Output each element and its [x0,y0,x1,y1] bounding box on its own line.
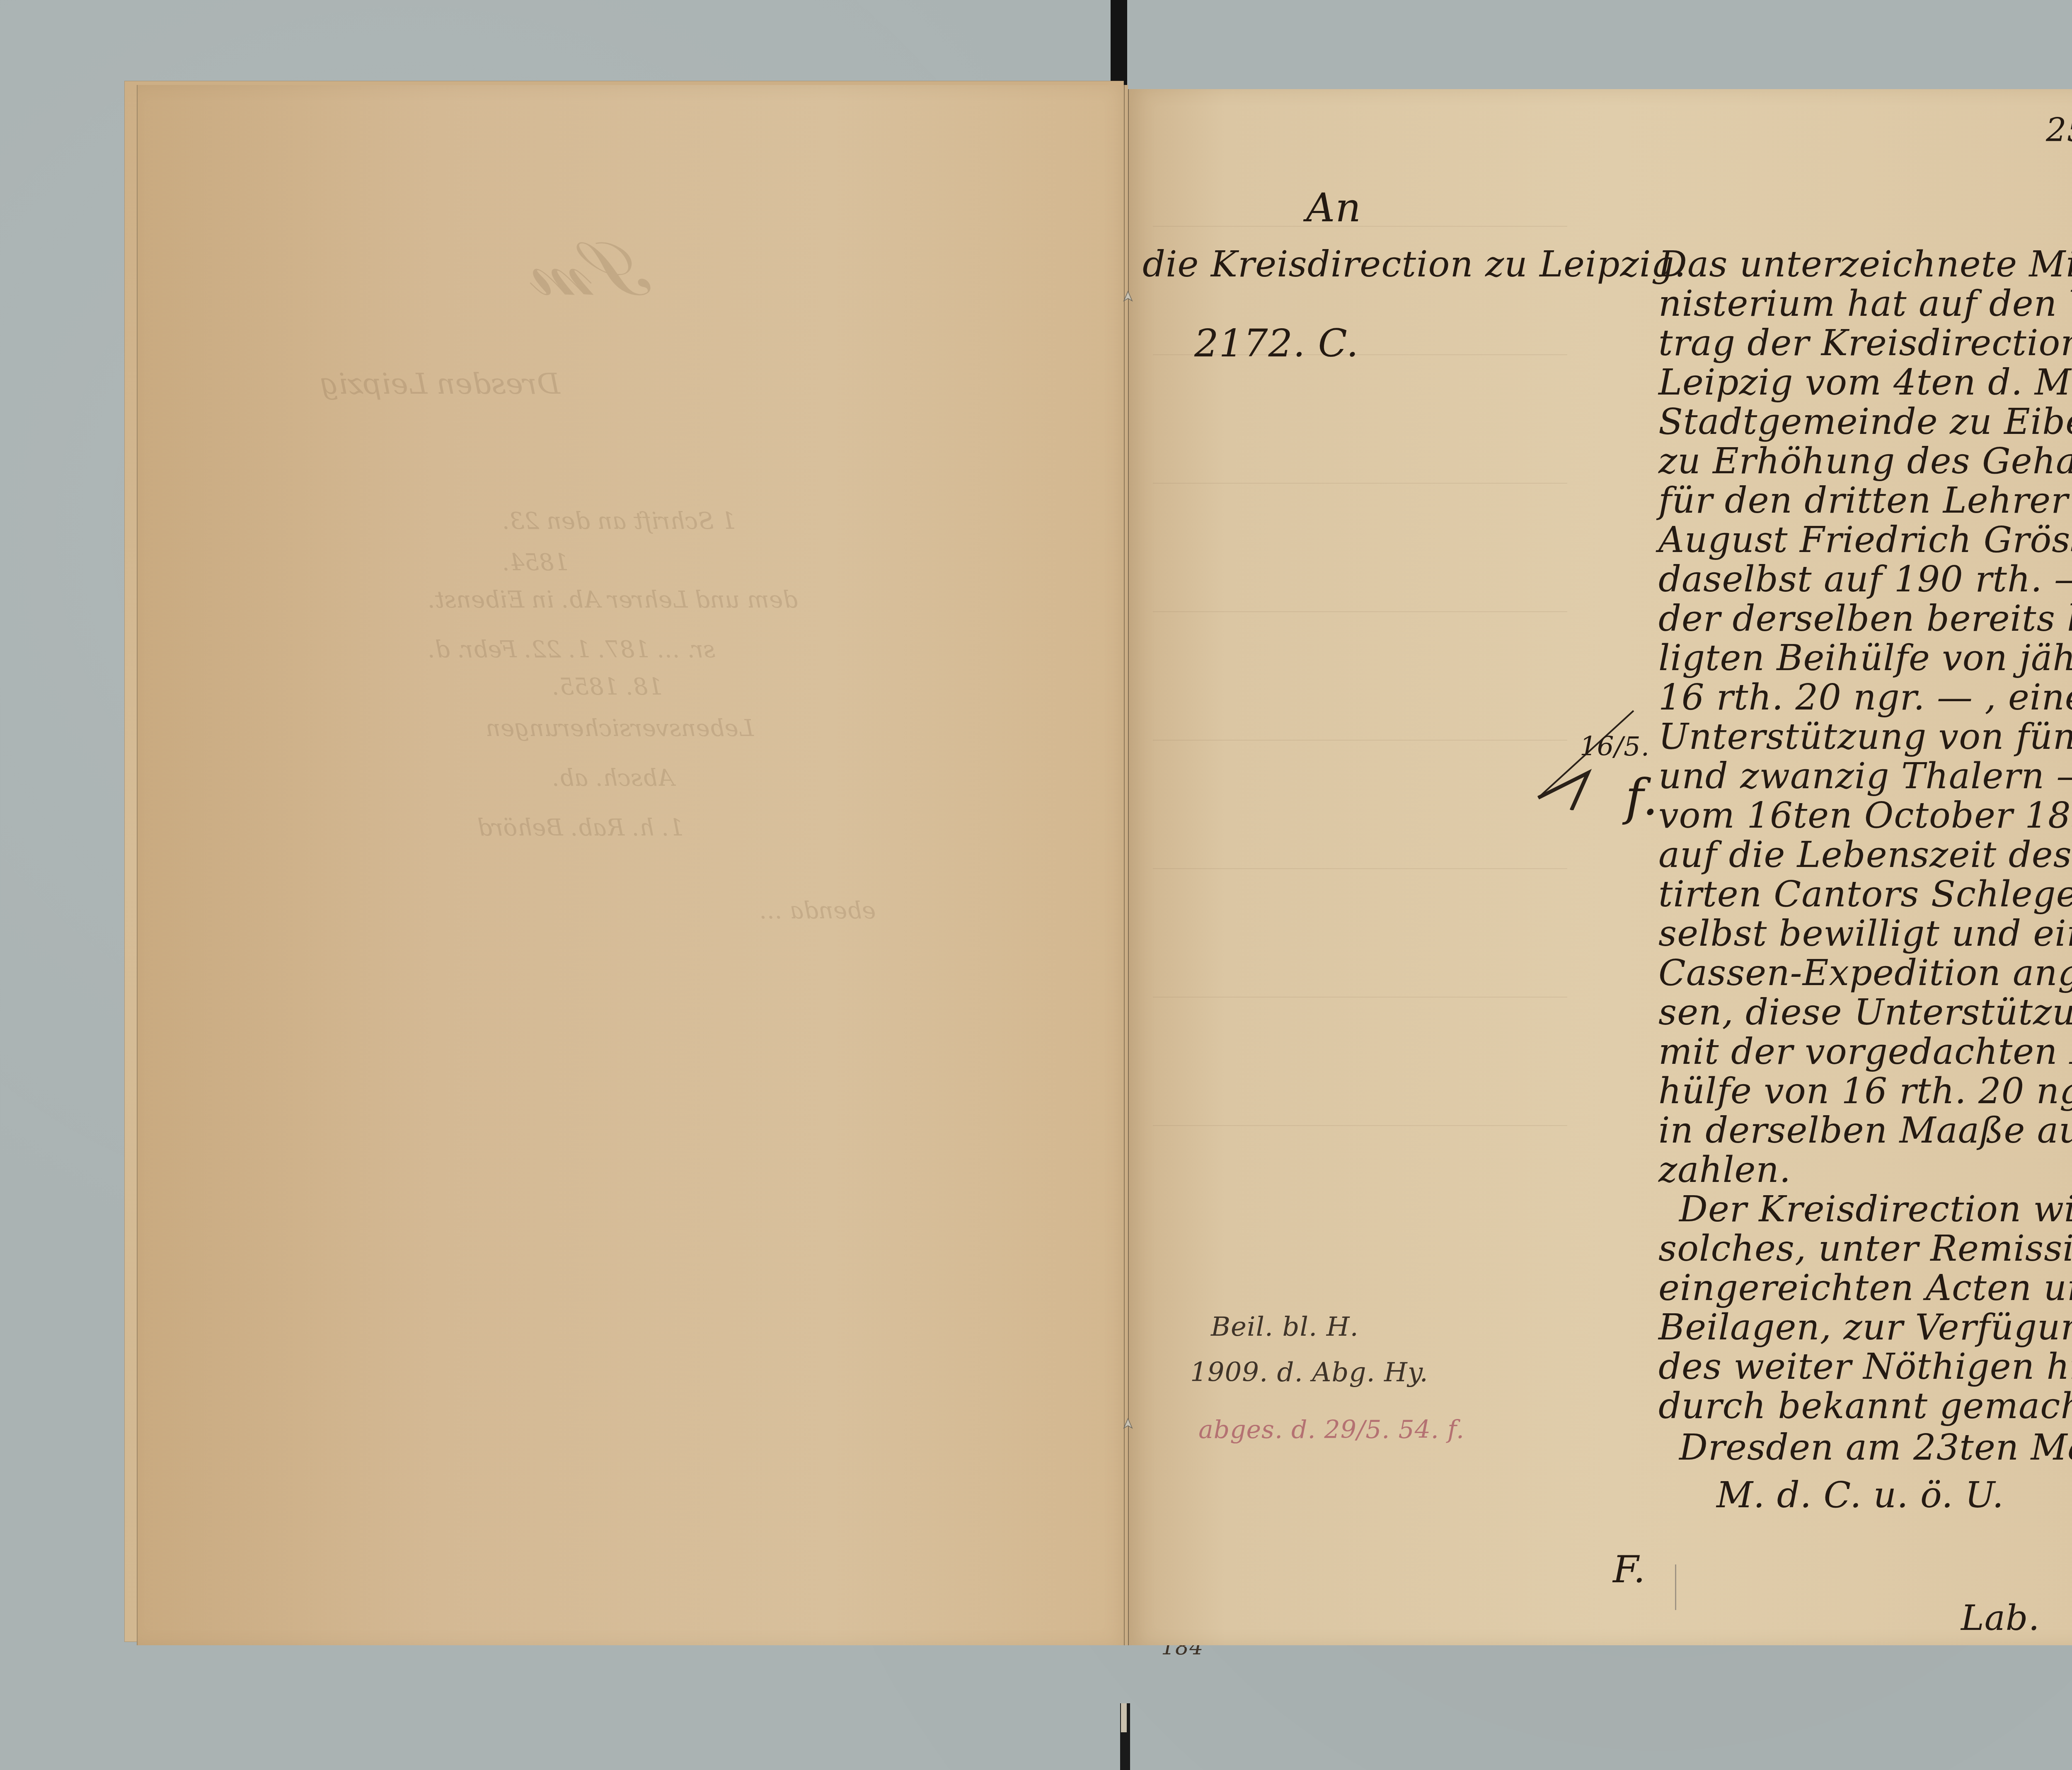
signature: Lab. [1961,1598,2040,1638]
bleed-through-text: Lebensversicherungen [486,715,754,742]
body-line: und zwanzig Thalern — — [1658,758,2072,794]
binding-fastener-bottom [1122,1417,1134,1430]
body-line: zahlen. [1658,1152,1791,1188]
body-line: in derselben Maaße auszu- [1658,1113,2072,1148]
body-line: Stadtgemeinde zu Eibenstock [1658,404,2072,440]
body-line: mit der vorgedachten Bei- [1658,1034,2072,1070]
body-line: trag der Kreisdirection zu [1658,325,2072,361]
reference-number: 2172. C. [1194,321,1359,366]
body-line: durch bekannt gemacht. [1658,1388,2072,1424]
body-line: 16 rth. 20 ngr. — , eine jährliche [1658,680,2072,715]
bleed-through-text: Dresden Leipzig [320,367,560,401]
body-line: vom 16ten October 1853. an [1658,798,2072,833]
bleed-through-text: 1. h. Rab. Behörd [477,814,684,841]
right-page: 25. An die Kreisdirection zu Leipzig. 21… [1128,89,2072,1645]
annotation-registry: 1909. d. Abg. Hy. [1190,1357,1428,1388]
spine-binding-strip-top [1111,0,1127,89]
annotation-dispatch-red: abges. d. 29/5. 54. f. [1198,1415,1464,1444]
bleed-through-text: 18. 1855. [552,673,663,700]
margin-initial: f. [1625,769,1658,826]
body-line: Unterstützung von fünf [1658,719,2072,755]
spine-binding-strip-bottom [1120,1703,1130,1770]
body-line: ligten Beihülfe von jährlich [1658,640,2072,676]
bleed-through-text: 1854. [502,549,569,576]
body-line: nisterium hat auf den Vor- [1658,286,2072,322]
body-line: Der Kreisdirection wird [1679,1191,2072,1227]
salutation: An [1306,184,1361,231]
bleed-through-text: dem und Lehrer Ab. in Eibenst. [428,586,798,613]
pencil-stroke [1675,1564,1676,1610]
gutter-fold-right [1128,89,1129,1645]
body-line: August Friedrich Grössel [1658,522,2072,558]
body-line: solches, unter Remissionder [1658,1231,2072,1266]
left-page: 𝒮𝓂 Dresden Leipzig 1 Schrift an den 23. … [137,85,1128,1645]
body-line: des weiter Nöthigen hier- [1658,1349,2072,1385]
body-line: für den dritten Lehrer Carl [1658,483,2072,518]
fraction-mark: 16/5. [1530,694,1638,810]
body-line: der derselben bereits bewil- [1658,601,2072,637]
body-line: hülfe von 16 rth. 20 ngr. — und [1658,1073,2072,1109]
binding-fastener-top [1122,290,1134,303]
body-line: Leipzig vom 4ten d. M. der [1658,365,2072,400]
annotation-enclosure: Beil. bl. H. [1211,1312,1359,1342]
bleed-through-text: Absch. ab. [552,765,674,792]
body-line: tirten Cantors Schlegel da- [1658,877,2072,912]
body-line: Beilagen, zur Verfügung [1658,1310,2072,1345]
closing-initial: F. [1613,1548,1646,1591]
bleed-through-text: sr. … 187. 1. 22. Febr. d. [428,636,715,663]
body-line: selbst bewilligt und einer [1658,916,2072,952]
recipient: die Kreisdirection zu Leipzig. [1143,247,1686,282]
body-line: sen, diese Unterstützung [1658,995,2072,1030]
bleed-through-flourish: 𝒮𝓂 [531,226,652,313]
body-line: Das unterzeichnete Mi- [1658,247,2072,282]
body-line: eingereichten Acten und [1658,1270,2072,1306]
body-line: zu Erhöhung des Gehalts [1658,443,2072,479]
gutter-fold-left [1124,85,1125,1645]
body-line: auf die Lebenszeit des emeri- [1658,837,2072,873]
ministry-abbreviation: M. d. C. u. ö. U. [1716,1477,2004,1513]
letter-body: Das unterzeichnete Mi- nisterium hat auf… [1654,89,2072,1645]
bleed-through-text: ebenda … [759,897,876,924]
bleed-through-text: 1 Schrift an den 23. [502,508,736,535]
body-line: daselbst auf 190 rth. — , außer [1658,562,2072,597]
body-line: Cassen-Expedition angewie- [1658,955,2072,991]
date-line: Dresden am 23ten Mai 1854. [1679,1430,2072,1465]
